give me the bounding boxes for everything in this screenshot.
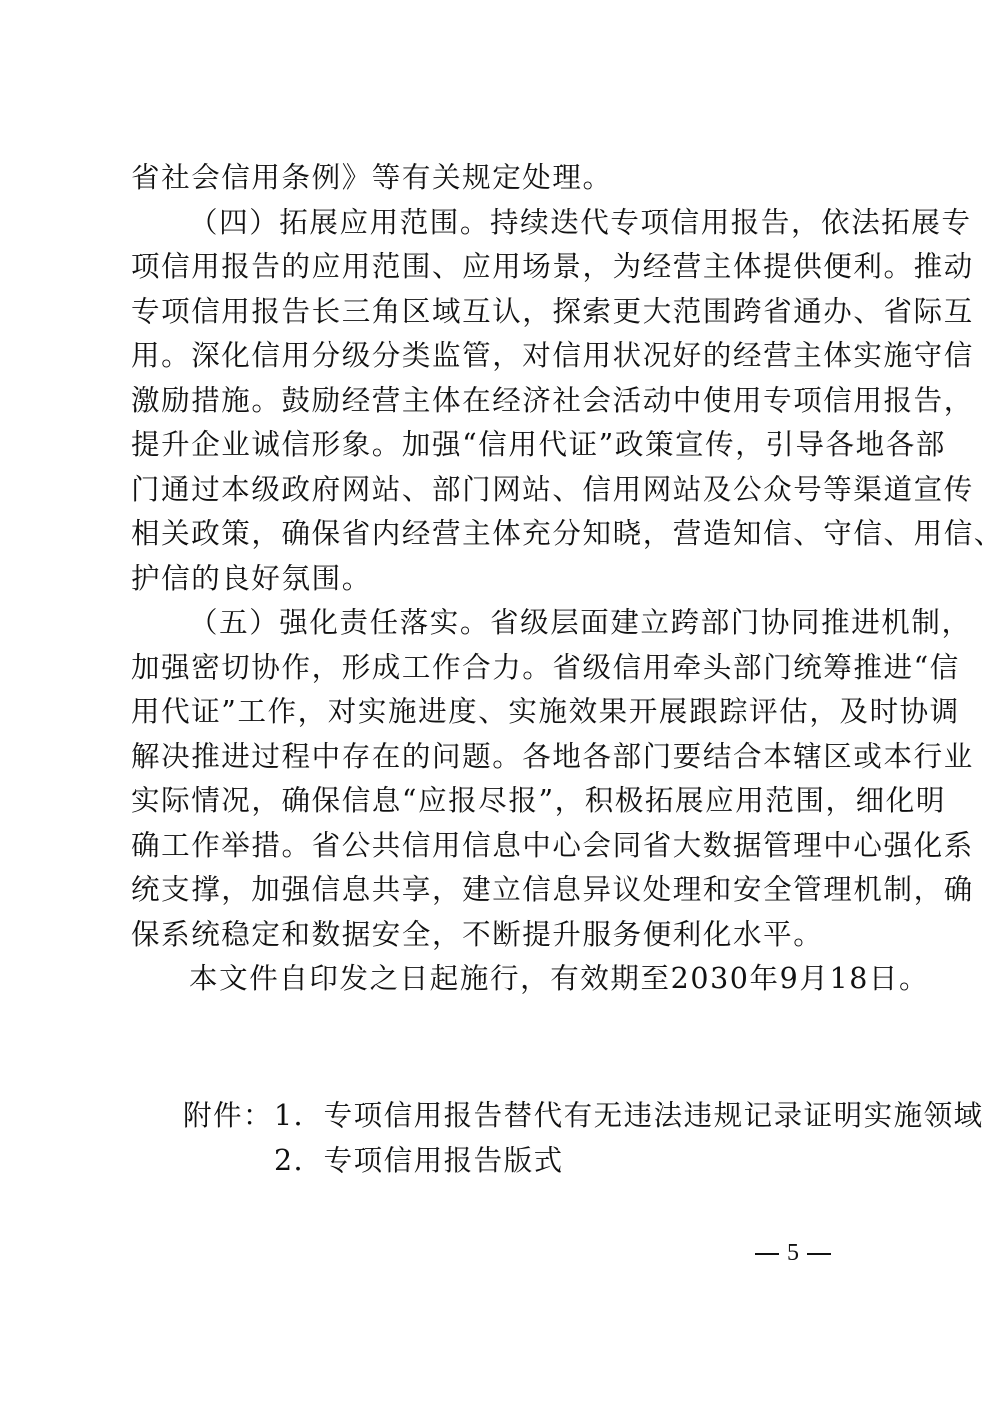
section-heading-line: （五）强化责任落实。省级层面建立跨部门协同推进机制， [131, 601, 863, 646]
paragraph-line: 加强密切协作，形成工作合力。省级信用牵头部门统筹推进“信 [131, 646, 863, 691]
paragraph-line: 省社会信用条例》等有关规定处理。 [131, 156, 863, 201]
attachment-title: 2．专项信用报告版式 [274, 1144, 564, 1177]
effective-date-line: 本文件自印发之日起施行，有效期至2030年9月18日。 [131, 957, 863, 1002]
page-number-value: 5 [787, 1240, 799, 1267]
attachments-label: 附件： [183, 1093, 274, 1138]
paragraph-line: 专项信用报告长三角区域互认，探索更大范围跨省通办、省际互 [131, 290, 863, 335]
attachment-item: 附件：1．专项信用报告替代有无违法违规记录证明实施领域 [183, 1093, 984, 1138]
document-page: 省社会信用条例》等有关规定处理。 （四）拓展应用范围。持续迭代专项信用报告，依法… [0, 0, 992, 1403]
paragraph-line: 解决推进过程中存在的问题。各地各部门要结合本辖区或本行业 [131, 735, 863, 780]
paragraph-line: 门通过本级政府网站、部门网站、信用网站及公众号等渠道宣传 [131, 468, 863, 513]
paragraph-line: 激励措施。鼓励经营主体在经济社会活动中使用专项信用报告， [131, 379, 863, 424]
paragraph-line: 提升企业诚信形象。加强“信用代证”政策宣传，引导各地各部 [131, 423, 863, 468]
paragraph-line: 保系统稳定和数据安全，不断提升服务便利化水平。 [131, 913, 863, 958]
section-heading-line: （四）拓展应用范围。持续迭代专项信用报告，依法拓展专 [131, 201, 863, 246]
paragraph-line: 用代证”工作，对实施进度、实施效果开展跟踪评估，及时协调 [131, 690, 863, 735]
dash-left-icon [755, 1253, 779, 1255]
paragraph-line: 确工作举措。省公共信用信息中心会同省大数据管理中心强化系 [131, 824, 863, 869]
paragraph-line: 项信用报告的应用范围、应用场景，为经营主体提供便利。推动 [131, 245, 863, 290]
attachment-item: 2．专项信用报告版式 [183, 1138, 984, 1183]
paragraph-line: 统支撑，加强信息共享，建立信息异议处理和安全管理机制，确 [131, 868, 863, 913]
attachment-title: 1．专项信用报告替代有无违法违规记录证明实施领域 [274, 1099, 984, 1132]
body-text: 省社会信用条例》等有关规定处理。 （四）拓展应用范围。持续迭代专项信用报告，依法… [131, 156, 863, 1002]
paragraph-line: 相关政策，确保省内经营主体充分知晓，营造知信、守信、用信、 [131, 512, 863, 557]
paragraph-line: 用。深化信用分级分类监管，对信用状况好的经营主体实施守信 [131, 334, 863, 379]
attachments-list: 附件：1．专项信用报告替代有无违法违规记录证明实施领域 2．专项信用报告版式 [183, 1093, 984, 1183]
paragraph-line: 实际情况，确保信息“应报尽报”，积极拓展应用范围，细化明 [131, 779, 863, 824]
dash-right-icon [807, 1253, 831, 1255]
paragraph-line: 护信的良好氛围。 [131, 557, 863, 602]
page-number: 5 [755, 1240, 831, 1267]
